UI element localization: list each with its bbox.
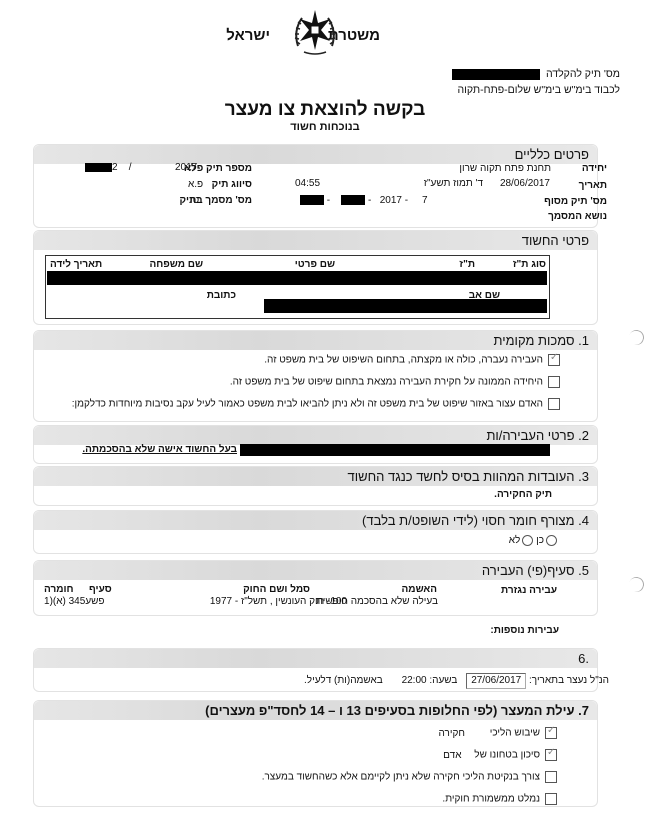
police-emblem-icon	[290, 6, 340, 56]
doc-number-value: טו	[190, 195, 199, 206]
col-severity: חומרה	[44, 584, 74, 595]
addressee: לכבוד בימ"ש בימ"ש שלום-פתח-תקוה	[457, 84, 620, 96]
col-law: סמל ושם החוק	[243, 584, 310, 595]
col-id-type: סוג ת"ז	[513, 259, 546, 270]
date-value: 28/06/2017	[500, 178, 550, 189]
checkbox[interactable]	[545, 727, 557, 739]
section-title: 5. סעיף(פי) העבירה	[482, 563, 589, 578]
section-facts: 3. העובדות המהוות בסיס לחשד כנגד החשוד	[33, 466, 598, 506]
law-value: 100- חוק העונשין , תשל"ז - 1977	[210, 596, 347, 607]
section-title: .6	[578, 651, 589, 666]
punch-hole-mark	[627, 328, 646, 347]
col-charge: האשמה	[402, 584, 437, 595]
redacted-suspect-row	[47, 271, 547, 285]
col-id: ת"ז	[459, 259, 475, 270]
arrest-time: 22:00	[402, 675, 427, 686]
arrested-label: הנ"ל נעצר בתאריך:	[529, 675, 609, 686]
arrest-date-field[interactable]: 27/06/2017	[466, 673, 526, 689]
punch-hole-mark	[627, 575, 646, 594]
radio-no[interactable]	[522, 535, 533, 546]
unit-value: תחנת פתח תקוה שרון	[459, 163, 551, 174]
classification-value: פ.א	[188, 179, 203, 190]
section-title: פרטים כלליים	[515, 147, 589, 162]
section-title: 1. סמכות מקומית	[494, 333, 589, 348]
grounds-option-2[interactable]: סיכון בטחונו של אדם	[443, 749, 557, 761]
hebrew-date: ד' תמוז תשע"ז	[424, 178, 483, 189]
col-last-name: שם משפחה	[149, 259, 203, 270]
col-first-name: שם פרטי	[295, 259, 335, 270]
grounds-option-1[interactable]: שיבוש הליכי חקירה	[439, 727, 557, 739]
checkbox[interactable]	[548, 398, 560, 410]
classification-label: סיווג תיק	[212, 179, 252, 190]
section-title: 3. העובדות המהוות בסיס לחשד כנגד החשוד	[348, 469, 589, 484]
additional-offenses-label: עבירות נוספות:	[490, 625, 559, 636]
grounds-option-4[interactable]: נמלט ממשמורת חוקית.	[442, 793, 557, 805]
jurisdiction-option-1[interactable]: העבירה נעברה, כולה או מקצתה, בתחום השיפו…	[264, 354, 560, 366]
time-label: בשעה:	[429, 675, 457, 686]
pla-year: 2017	[175, 162, 197, 173]
redacted-offense-text	[240, 444, 550, 456]
section-title: 2. פרטי העבירה/ות	[486, 428, 589, 443]
subject-label: נושא המסמך	[548, 211, 607, 222]
redacted-file-number	[452, 69, 540, 80]
ext-file-label: מס' תיק מסוף	[544, 196, 607, 207]
jurisdiction-option-2[interactable]: היחידה הממונה על חקירת העבירה נמצאת בתחו…	[230, 376, 560, 388]
file-number-label: מס' תיק להקלדה	[546, 68, 620, 80]
section-severity-value: פשע345 (א)(1	[44, 596, 105, 607]
offense-text: בעל החשוד אישה שלא בהסכמתה.	[82, 444, 237, 455]
checkbox[interactable]	[545, 749, 557, 761]
section-confidential-material: 4. מצורף חומר חסוי (לידי השופט/ת בלבד)	[33, 510, 598, 554]
org-name-israel: ישראל	[226, 27, 270, 44]
redacted-father-address	[264, 299, 547, 313]
unit-label: יחידה	[582, 163, 607, 174]
grounds-option-3[interactable]: צורך בנקיטת הליכי חקירה שלא ניתן לקיימם …	[262, 771, 557, 783]
arrest-line: הנ"ל נעצר בתאריך: 27/06/2017 בשעה: 22:00…	[304, 673, 609, 689]
ext-file-value: - - 2017 - 7	[300, 195, 428, 206]
col-birth-date: תאריך לידה	[50, 259, 102, 270]
col-section: סעיף	[89, 584, 112, 595]
time-value: 04:55	[295, 178, 320, 189]
file-number-line: מס' תיק להקלדה	[452, 68, 620, 80]
facts-text: תיק החקירה.	[494, 489, 552, 500]
pla-file-number: 2 /	[85, 162, 131, 173]
section-title: 4. מצורף חומר חסוי (לידי השופט/ת בלבד)	[362, 513, 589, 528]
checkbox[interactable]	[545, 771, 557, 783]
col-address: כתובת	[207, 290, 236, 301]
col-derived-offense: עבירה נגזרת	[501, 585, 557, 596]
radio-yes[interactable]	[546, 535, 557, 546]
date-label: תאריך	[579, 180, 607, 191]
section-title: פרטי החשוד	[522, 233, 589, 248]
arrest-suffix: באשמה(ות) דלעיל.	[304, 675, 383, 686]
page-title: בקשה להוצאת צו מעצר	[0, 99, 650, 121]
jurisdiction-option-3[interactable]: האדם עצור באזור שיפוט של בית משפט זה ולא…	[72, 398, 560, 410]
confidential-radio-group: כן לא	[509, 535, 557, 546]
page-subtitle: בנוכחות חשוד	[0, 121, 650, 133]
checkbox[interactable]	[545, 793, 557, 805]
checkbox[interactable]	[548, 354, 560, 366]
checkbox[interactable]	[548, 376, 560, 388]
section-title: 7. עילת המעצר (לפי החלופות בסעיפים 13 ו …	[205, 703, 589, 718]
